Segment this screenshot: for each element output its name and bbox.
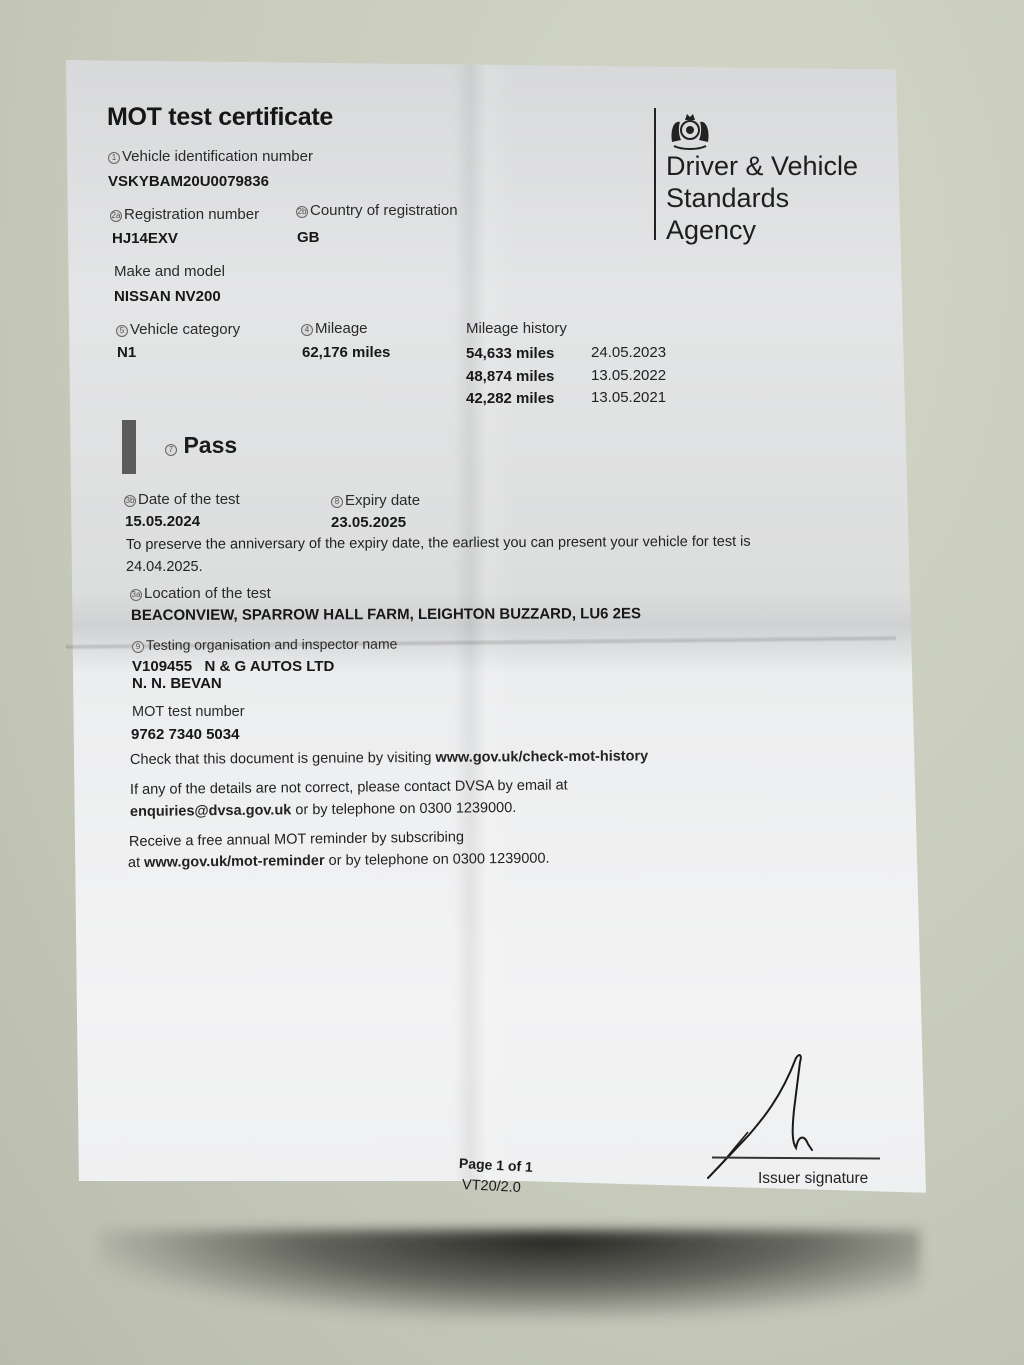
field-number-badge: 9 [132, 641, 144, 653]
location-value: BEACONVIEW, SPARROW HALL FARM, LEIGHTON … [131, 605, 641, 624]
agency-name-line2: Standards [666, 182, 789, 214]
test-date-value: 15.05.2024 [125, 513, 200, 530]
agency-name-line3: Agency [666, 214, 756, 246]
mileage-history-miles-1: 54,633 miles [466, 345, 554, 362]
field-number-badge: 3b [124, 495, 136, 507]
result-value: Pass [183, 432, 237, 458]
field-number-badge: 3a [130, 589, 142, 601]
dvsa-email-link[interactable]: enquiries@dvsa.gov.uk [130, 802, 292, 820]
paper-shadow [100, 1230, 920, 1320]
category-value: N1 [117, 344, 136, 361]
expiry-date-value: 23.05.2025 [331, 514, 406, 531]
field-number-badge: 1 [108, 152, 120, 164]
mileage-value: 62,176 miles [302, 344, 390, 361]
registration-label: 2aRegistration number [110, 206, 259, 223]
mileage-label: 4Mileage [301, 320, 368, 337]
page-title: MOT test certificate [107, 103, 333, 132]
expiry-date-label: 8Expiry date [331, 492, 420, 509]
country-value: GB [297, 229, 320, 246]
vin-label: 1Vehicle identification number [108, 148, 313, 165]
test-number-label: MOT test number [132, 704, 245, 720]
signature-label: Issuer signature [758, 1170, 868, 1188]
form-code: VT20/2.0 [462, 1177, 522, 1196]
agency-divider [654, 108, 656, 240]
test-date-label: 3bDate of the test [124, 491, 240, 508]
field-number-badge: 7 [165, 444, 177, 456]
country-label: 2bCountry of registration [296, 202, 458, 219]
agency-name-line1: Driver & Vehicle [666, 150, 858, 182]
issuer-signature-mark [700, 1050, 820, 1180]
field-number-badge: 8 [331, 496, 343, 508]
mileage-history-date-3: 13.05.2021 [591, 389, 666, 406]
mot-reminder-link[interactable]: www.gov.uk/mot-reminder [144, 853, 325, 871]
royal-crest-icon [666, 108, 714, 152]
field-number-badge: 4 [301, 324, 313, 336]
category-label: 5Vehicle category [116, 321, 240, 338]
result-indicator-bar [122, 420, 136, 474]
registration-value: HJ14EXV [112, 230, 178, 247]
mileage-history-date-1: 24.05.2023 [591, 344, 666, 361]
result-status: 7 Pass [165, 432, 237, 459]
inspector-name: N. N. BEVAN [132, 675, 222, 692]
field-number-badge: 2b [296, 206, 308, 218]
mileage-history-miles-2: 48,874 miles [466, 368, 554, 385]
mileage-history-label: Mileage history [466, 320, 567, 337]
field-number-badge: 2a [110, 210, 122, 222]
field-number-badge: 5 [116, 325, 128, 337]
vin-value: VSKYBAM20U0079836 [108, 173, 269, 190]
organisation-label: 9Testing organisation and inspector name [132, 636, 397, 653]
make-model-label: Make and model [114, 263, 225, 280]
organisation-value: V109455 N & G AUTOS LTD [132, 658, 334, 675]
anniversary-note-line1: To preserve the anniversary of the expir… [126, 534, 751, 553]
anniversary-note-line2: 24.04.2025. [126, 559, 203, 575]
mileage-history-date-2: 13.05.2022 [591, 367, 666, 384]
mileage-history-miles-3: 42,282 miles [466, 390, 554, 407]
make-model-value: NISSAN NV200 [114, 288, 221, 305]
check-mot-history-link[interactable]: www.gov.uk/check-mot-history [435, 748, 648, 765]
test-number-value: 9762 7340 5034 [131, 726, 239, 743]
location-label: 3aLocation of the test [130, 585, 271, 602]
